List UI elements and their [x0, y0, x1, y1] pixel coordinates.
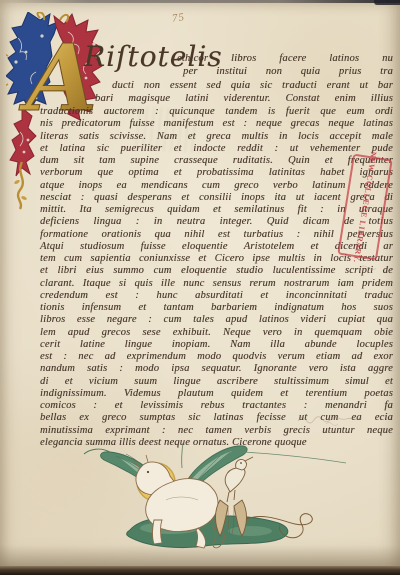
- manuscript-line: mittit. Ita semigrecus quidam et semilat…: [40, 204, 393, 216]
- manuscript-line: lem apud grecos sese exhibuit. Neque ver…: [40, 327, 393, 339]
- manuscript-line: nesciat : quasi desperans et consilii in…: [40, 192, 393, 204]
- manuscript-line: per institui non quia prius tra: [183, 66, 393, 78]
- manuscript-line: atque inops ea mendicans cum greco verbo…: [40, 180, 393, 192]
- manuscript-line: literas satis scivisse. Nam et greca mul…: [40, 131, 393, 143]
- manuscript-line: deficiens lingua : in neutra integer. Qu…: [40, 216, 393, 228]
- ox-wings: [84, 443, 346, 492]
- manuscript-line: nandum satis : modo ipsa sequatur. Ignor…: [40, 363, 393, 375]
- faint-mark: [358, 262, 382, 272]
- manuscript-line: cerit latine lingue inopiam. Nam illa ab…: [40, 339, 393, 351]
- manuscript-line: nis predicatorum fuisse manifestum est :…: [40, 118, 393, 130]
- manuscript-line: tionis infensum et tantam barbariem indi…: [40, 302, 393, 314]
- mound-highlight: [228, 526, 272, 536]
- manuscript-line: credendum est : hunc absurditati et inco…: [40, 290, 393, 302]
- manuscript-line: ethicor libros facere latinos nu: [177, 53, 393, 65]
- manuscript-line: ducti non essent sed quia sic traducti e…: [112, 80, 393, 92]
- manuscript-line: bari magisque latini viderentur. Constat…: [95, 93, 393, 105]
- manuscript-line: clarant. Itaque si quis ille nunc sensus…: [40, 278, 393, 290]
- manuscript-line: indignissimum. Videmus plautum quidem et…: [40, 388, 393, 400]
- manuscript-line: et libri eius summo cum eloquentie studi…: [40, 265, 393, 277]
- manuscript-line: libros esse negare : cum tales apud lati…: [40, 314, 393, 326]
- stamp-text: NEW COLLEGE LIBRARY.: [352, 151, 378, 263]
- manuscript-line: verborum que optima et probatissima lati…: [40, 167, 393, 179]
- manuscript-line: est : nec ad exprimendum modo quodvis ve…: [40, 351, 393, 363]
- page-bottom-edge: [0, 566, 400, 575]
- manuscript-line: traductionis auctorem : quicunque tandem…: [40, 106, 393, 118]
- manuscript-line: et latina sic pueriliter et indocte redd…: [40, 143, 393, 155]
- page-bottom-shading: [0, 545, 400, 567]
- manuscript-page: 75 A: [0, 0, 400, 575]
- manuscript-line: di et vicium suum lingue ascribere stult…: [40, 376, 393, 388]
- manuscript-line: dum sit tam supine crasseque ruditatis. …: [40, 155, 393, 167]
